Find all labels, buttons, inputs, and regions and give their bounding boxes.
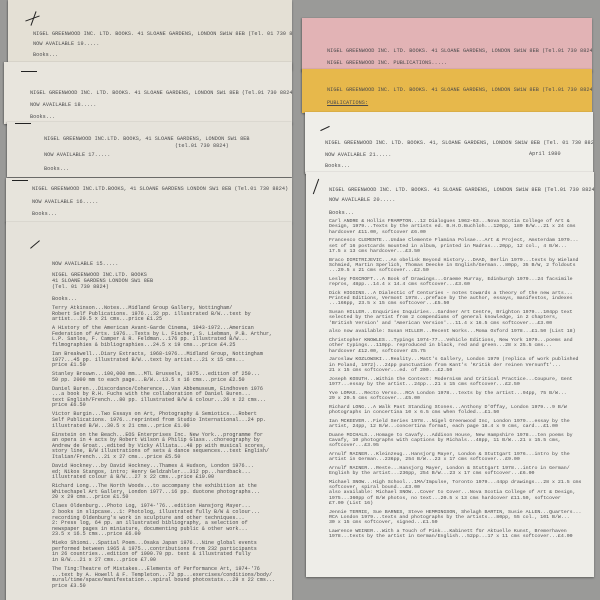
book-entry: Ian MCKEEVER...Field Series 1978...Nigel…: [329, 419, 591, 430]
list-title: NOW AVAILABLE 16.....: [32, 199, 98, 205]
book-entry: Claes Oldenburg...Photo Log, 1974-'76...…: [52, 504, 287, 538]
letterhead: NIGEL GREENWOOD INC. LTD. BOOKS. 41, SLO…: [325, 140, 593, 146]
section-label: Books...: [329, 210, 354, 216]
book-entry: Einstein on the Beach...EOS Enterprises …: [52, 433, 287, 461]
list-title: NOW AVAILABLE 19.....: [33, 41, 99, 47]
list-title: NOW AVAILABLE 15.....: [52, 261, 118, 267]
sheet-publications-pink: NIGEL GREENWOOD INC. LTD. BOOKS. 41 SLOA…: [302, 18, 592, 72]
section-label: Books...: [44, 166, 69, 172]
letterhead: NIGEL GREENWOOD INC.LTD. BOOKS, 41 SLOAN…: [44, 136, 250, 142]
book-entry: Duane MICHALS...Homage to Cavafy...Addis…: [329, 433, 591, 449]
sheet-list-20: NIGEL GREENWOOD INC. LTD. BOOKS. 41 SLOA…: [306, 172, 594, 577]
letterhead: NIGEL GREENWOOD INC. LTD. BOOKS. 41 SLOA…: [33, 31, 292, 37]
book-entry: Ian Breakwell...Diary Extracts, 1968-197…: [52, 352, 287, 369]
section-label: Books...: [33, 52, 58, 58]
book-entry: Francesco CLEMENTE...Undae Clemente Flam…: [329, 238, 591, 254]
section-label: Books...: [32, 211, 57, 217]
list-title: NOW AVAILABLE 20.....: [329, 197, 395, 203]
dash-mark: [21, 71, 37, 72]
sheet-list-21: NIGEL GREENWOOD INC. LTD. BOOKS. 41, SLO…: [305, 112, 593, 174]
book-entry: Arnulf RAINER...Reste...Hansjorg Mayer, …: [329, 466, 591, 477]
list-date: April 1980: [529, 151, 561, 157]
book-entry: Braco DIMITRIJEVIC...An obelisk Beyond H…: [329, 258, 591, 274]
book-list: Carl ANDRE & Hollis FRAMPTON...12 Dialog…: [329, 219, 591, 543]
book-entry: Yve LOMAX...Recto Verso...RCA London 197…: [329, 391, 591, 402]
book-entry: The Ting:Theatre of Mistakes...Elements …: [52, 567, 287, 589]
list-title: NOW AVAILABLE 17.....: [44, 152, 110, 158]
book-entry: David Hockney...by David Hockney...Thame…: [52, 464, 287, 481]
book-entry: Richard Long...The North Woods...to acco…: [52, 484, 287, 501]
sheet-list-15: NOW AVAILABLE 15..... NIGEL GREENWOOD IN…: [6, 222, 292, 600]
book-entry: Stanley Brouwn...100,000 mm...MTL Brusse…: [52, 372, 287, 383]
letterhead: NIGEL GREENWOOD INC. LTD. BOOKS. 41 SLOA…: [327, 87, 592, 93]
letterhead: NIGEL GREENWOOD INC. LTD. BOOKS. 41 SLOA…: [30, 90, 292, 96]
book-entry: Dick HIGGINS...A Dialectic of Centuries …: [329, 291, 591, 307]
sheet-list-17: NIGEL GREENWOOD INC.LTD. BOOKS, 41 SLOAN…: [7, 122, 292, 177]
book-entry: Lawrence WEINER...With a Touch of Pink..…: [329, 529, 591, 540]
book-entry: Michael SNOW...High School...1MA/Impulse…: [329, 480, 591, 506]
section-label: Books...: [52, 296, 77, 302]
list-title: NIGEL GREENWOOD INC. PUBLICATIONS.....: [327, 60, 447, 66]
tick-mark: [30, 240, 40, 248]
section-label: Books...: [30, 114, 55, 120]
slash-mark: [313, 179, 319, 194]
letterhead-tel: (tel.01 730 8824): [175, 143, 229, 149]
book-entry: A History of the American Avant-Garde Ci…: [52, 326, 287, 348]
book-entry: Richard LONG...A Walk Past Standing Ston…: [329, 405, 591, 416]
sheet-list-19: NIGEL GREENWOOD INC. LTD. BOOKS. 41 SLOA…: [8, 0, 292, 70]
book-entry: Victor Burgin...Two Essays on Art, Photo…: [52, 412, 287, 429]
list-title: NOW AVAILABLE 18.....: [30, 102, 96, 108]
book-entry: Daniel Buren...Discordance/Coherence...V…: [52, 387, 287, 409]
book-list: Terry Atkinson...Notes...Midland Group G…: [52, 306, 287, 593]
book-entry: Mieko Shiomi...Spatial Poem...Osaka Japa…: [52, 541, 287, 563]
book-entry: Joseph KOSUTH...Within the Context: Mode…: [329, 377, 591, 388]
list-title: PUBLICATIONS:: [327, 100, 368, 106]
book-entry: Jaroslaw KOZLOWSKI...Reality...Matt's Ga…: [329, 357, 591, 373]
dash-mark: [15, 123, 31, 124]
book-entry: Susan HILLER...Enquiries Inquiries...Gar…: [329, 310, 591, 326]
sheet-publications-yellow: NIGEL GREENWOOD INC. LTD. BOOKS. 41 SLOA…: [302, 69, 592, 113]
list-title: NOW AVAILABLE 21.....: [325, 152, 391, 158]
letterhead: NIGEL GREENWOOD INC.LTD.BOOKS, 41 SLOANE…: [32, 186, 288, 192]
tick-mark: [320, 126, 329, 131]
sheet-list-18: NIGEL GREENWOOD INC. LTD. BOOKS. 41 SLOA…: [4, 62, 292, 124]
book-entry: also now available: Susan HILLER...Recen…: [329, 329, 591, 334]
book-entry: Arnulf RAINER...Kleinzeug...Hansjorg May…: [329, 452, 591, 463]
book-entry: Christopher KNOWLES...Typings 1974-77...…: [329, 338, 591, 354]
dash-mark: [12, 180, 28, 181]
book-entry: Terry Atkinson...Notes...Midland Group G…: [52, 306, 287, 323]
book-entry: Lesley FOXCROFT...A Book of Drawings...G…: [329, 277, 591, 288]
letterhead: NIGEL GREENWOOD INC. LTD. BOOKS. 41 SLOA…: [327, 48, 592, 54]
letterhead: NIGEL GREENWOOD INC. LTD. BOOKS. 41 SLOA…: [329, 187, 594, 193]
address-line: (Tel. 01 730 8824): [52, 284, 109, 290]
section-label: Books...: [325, 163, 350, 169]
sheet-list-16: NIGEL GREENWOOD INC.LTD.BOOKS, 41 SLOANE…: [6, 178, 292, 223]
book-entry: Carl ANDRE & Hollis FRAMPTON...12 Dialog…: [329, 219, 591, 235]
book-entry: Jennie TERRIE, Sue BARNES, Steve HEMMING…: [329, 510, 591, 526]
